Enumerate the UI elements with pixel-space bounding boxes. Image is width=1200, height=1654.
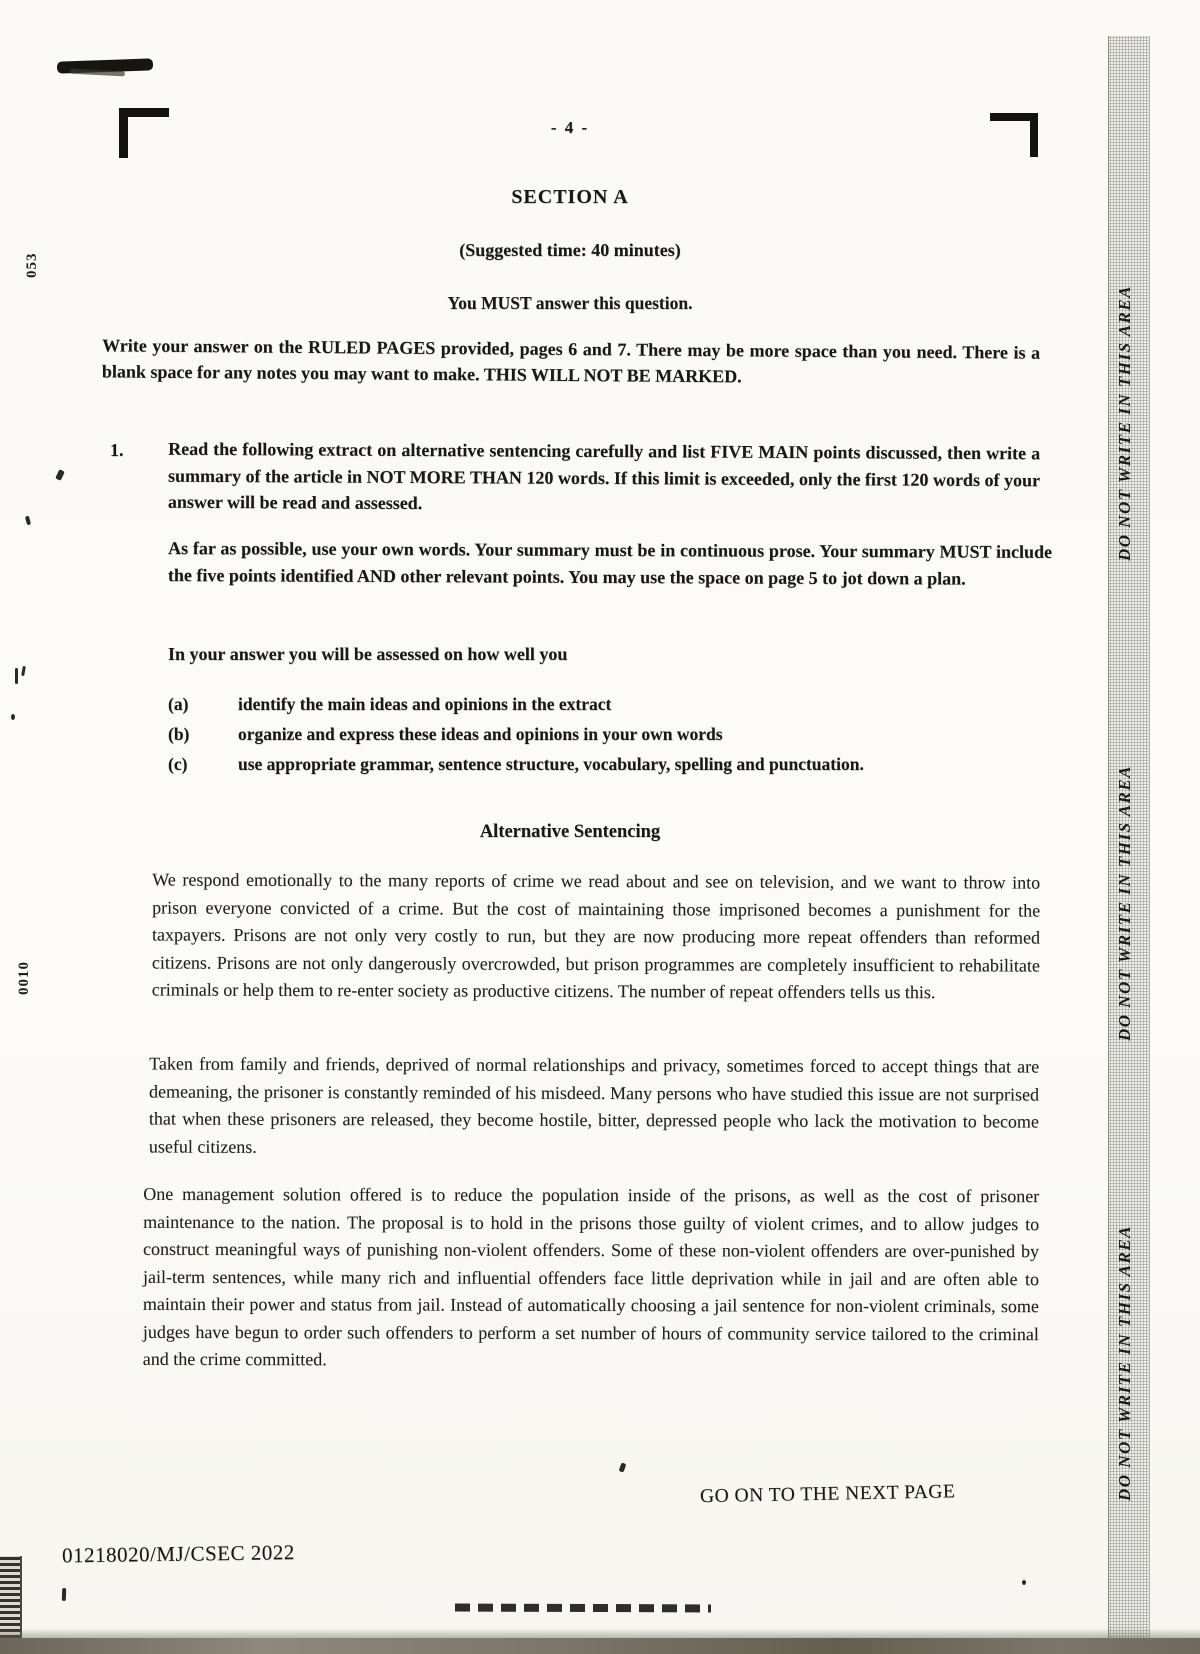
do-not-write-text: DO NOT WRITE IN THIS AREA (1115, 691, 1143, 1041)
exam-page: - 4 - SECTION A (Suggested time: 40 minu… (0, 0, 1200, 1654)
criterion-c-label: (c) (168, 754, 218, 775)
question-text: Read the following extract on alternativ… (168, 436, 1040, 520)
assessment-intro: In your answer you will be assessed on h… (168, 644, 968, 665)
criterion-b-text: organize and express these ideas and opi… (238, 724, 1048, 745)
scan-speck (15, 668, 18, 684)
question-guidance: As far as possible, use your own words. … (168, 535, 1052, 592)
scan-edge-band (0, 1638, 1200, 1654)
bottom-dash-code (455, 1604, 711, 1613)
margin-code-bottom: 0010 (16, 935, 33, 995)
section-title: SECTION A (0, 186, 1140, 209)
scan-speck (62, 1588, 66, 1601)
scan-speck (21, 666, 26, 676)
must-answer-note: You MUST answer this question. (0, 293, 1140, 314)
criterion-a-label: (a) (168, 694, 218, 715)
paper-code: 01218020/MJ/CSEC 2022 (62, 1539, 402, 1569)
extract-title: Alternative Sentencing (0, 822, 1140, 843)
criterion-c-text: use appropriate grammar, sentence struct… (238, 754, 1048, 775)
question-number: 1. (110, 440, 150, 461)
scan-edge-shadow (0, 1628, 1200, 1638)
go-on-next-page: GO ON TO THE NEXT PAGE (700, 1480, 1030, 1508)
scan-speck (11, 714, 15, 720)
answer-instructions: Write your answer on the RULED PAGES pro… (102, 332, 1040, 391)
extract-paragraph-2: Taken from family and friends, deprived … (149, 1050, 1039, 1163)
criterion-a-text: identify the main ideas and opinions in … (238, 694, 1048, 715)
extract-paragraph-1: We respond emotionally to the many repor… (152, 866, 1040, 1007)
criterion-b-label: (b) (168, 724, 218, 745)
scan-speck (25, 516, 31, 526)
scan-speck (55, 469, 65, 481)
suggested-time: (Suggested time: 40 minutes) (0, 240, 1140, 261)
scan-speck (619, 1462, 627, 1472)
page-number: - 4 - (0, 118, 1140, 138)
extract-paragraph-3: One management solution offered is to re… (143, 1181, 1040, 1376)
margin-code-top: 053 (24, 228, 41, 278)
scan-speck (1022, 1580, 1026, 1585)
do-not-write-text: DO NOT WRITE IN THIS AREA (1115, 211, 1143, 561)
do-not-write-strip: DO NOT WRITE IN THIS AREA DO NOT WRITE I… (1108, 36, 1150, 1640)
do-not-write-text: DO NOT WRITE IN THIS AREA (1115, 1131, 1143, 1501)
